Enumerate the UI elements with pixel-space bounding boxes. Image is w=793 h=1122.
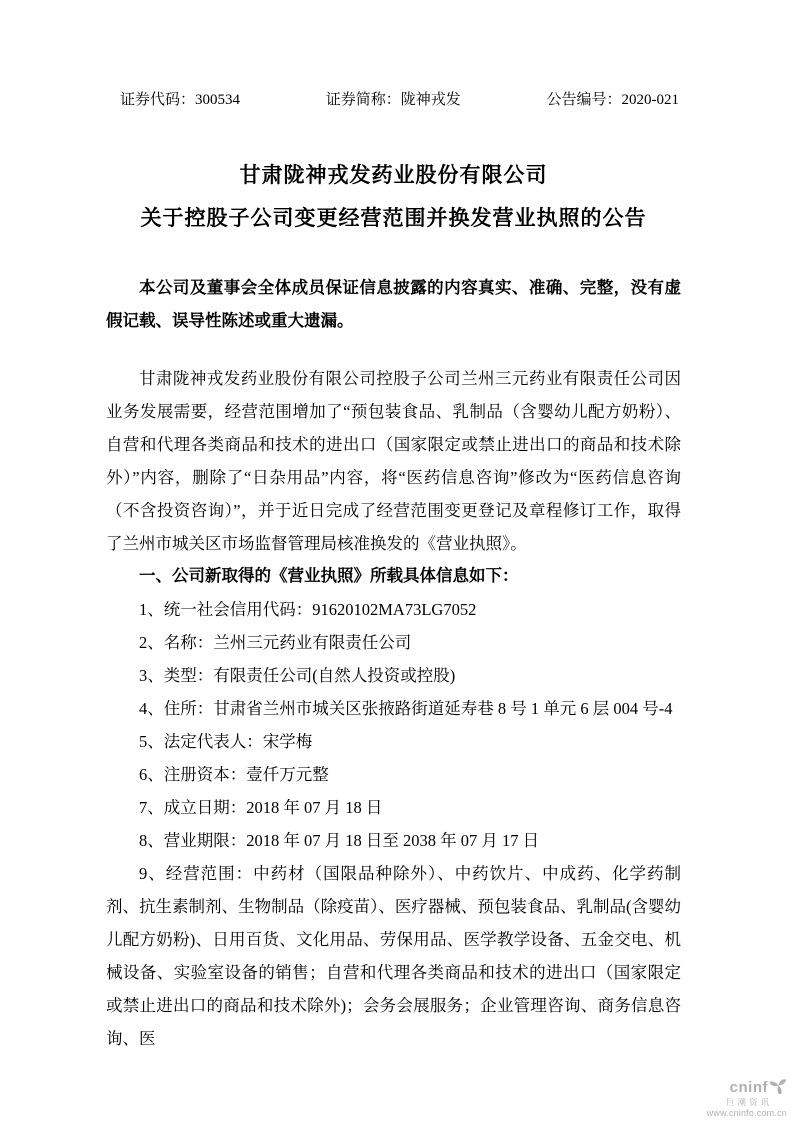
section-heading-license-info: 一、公司新取得的《营业执照》所载具体信息如下：	[106, 560, 681, 593]
license-item-credit-code: 1、统一社会信用代码：91620102MA73LG7052	[106, 593, 681, 626]
announcement-number-label: 公告编号：2020-021	[547, 88, 680, 109]
business-scope-paragraph: 9、经营范围：中药材（国限品种除外）、中药饮片、中成药、化学药制剂、抗生素制剂、…	[106, 857, 681, 1055]
announcement-document-page: 证券代码：300534 证券简称：陇神戎发 公告编号：2020-021 甘肃陇神…	[0, 0, 793, 1122]
document-header: 证券代码：300534 证券简称：陇神戎发 公告编号：2020-021	[106, 88, 681, 109]
cninfo-chinese-name: 巨潮资讯	[707, 1098, 787, 1108]
license-item-address: 4、住所：甘肃省兰州市城关区张掖路街道延寿巷 8 号 1 单元 6 层 004 …	[106, 692, 681, 725]
cninfo-brand-text: cninf	[730, 1079, 768, 1096]
cninfo-watermark: cninf 巨潮资讯 www.cninfo.com.cn	[707, 1077, 787, 1118]
stock-name-label: 证券简称：陇神戎发	[326, 88, 461, 109]
license-item-establish-date: 7、成立日期：2018 年 07 月 18 日	[106, 791, 681, 824]
license-item-legal-representative: 5、法定代表人：宋学梅	[106, 725, 681, 758]
license-item-registered-capital: 6、注册资本：壹仟万元整	[106, 758, 681, 791]
board-disclosure-notice: 本公司及董事会全体成员保证信息披露的内容真实、准确、完整，没有虚假记载、误导性陈…	[106, 272, 681, 338]
intro-paragraph: 甘肃陇神戎发药业股份有限公司控股子公司兰州三元药业有限责任公司因业务发展需要，经…	[106, 362, 681, 560]
cninfo-url-text: www.cninfo.com.cn	[707, 1108, 787, 1118]
announcement-title: 关于控股子公司变更经营范围并换发营业执照的公告	[106, 202, 681, 232]
stock-code-label: 证券代码：300534	[120, 88, 240, 109]
company-name-title: 甘肃陇神戎发药业股份有限公司	[106, 159, 681, 189]
license-item-business-term: 8、营业期限：2018 年 07 月 18 日至 2038 年 07 月 17 …	[106, 824, 681, 857]
cninfo-swirl-icon	[770, 1077, 787, 1098]
license-item-name: 2、名称：兰州三元药业有限责任公司	[106, 626, 681, 659]
license-item-type: 3、类型：有限责任公司(自然人投资或控股)	[106, 659, 681, 692]
